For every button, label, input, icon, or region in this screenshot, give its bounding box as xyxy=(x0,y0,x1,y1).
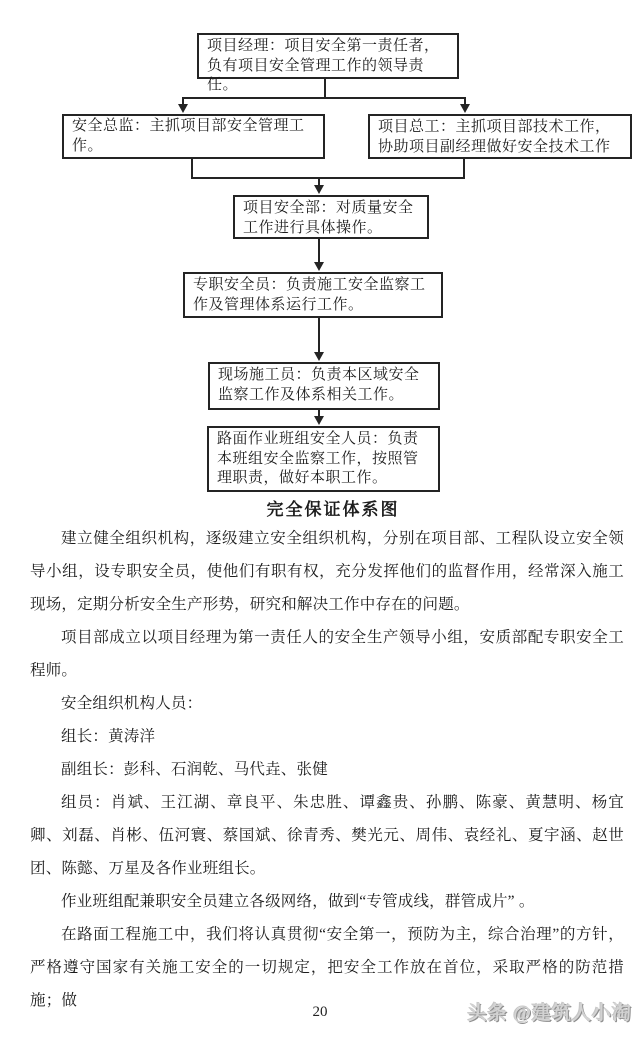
arrow-down-icon xyxy=(314,352,324,361)
document-page: 项目经理：项目安全第一责任者，负有项目安全管理工作的领导责任。 安全总监：主抓项… xyxy=(0,0,640,1040)
arrow-down-icon xyxy=(314,185,324,194)
paragraph-org-members-heading: 安全组织机构人员： xyxy=(30,687,624,720)
connector-line xyxy=(318,318,320,353)
paragraph-network: 作业班组配兼职安全员建立各级网络，做到“专管成线，群管成片” 。 xyxy=(30,885,624,918)
flowchart-box-project-manager: 项目经理：项目安全第一责任者，负有项目安全管理工作的领导责任。 xyxy=(197,33,459,79)
paragraph-establish-org: 建立健全组织机构，逐级建立安全组织机构，分别在项目部、工程队设立安全领导小组，设… xyxy=(30,522,624,621)
paragraph-leading-group: 项目部成立以项目经理为第一责任人的安全生产领导小组，安质部配专职安全工程师。 xyxy=(30,621,624,687)
flowchart-box-full-time-safety-officer: 专职安全员：负责施工安全监察工作及管理体系运行工作。 xyxy=(183,272,443,318)
paragraph-group-leader: 组长：黄涛洋 xyxy=(30,720,624,753)
safety-org-flowchart: 项目经理：项目安全第一责任者，负有项目安全管理工作的领导责任。 安全总监：主抓项… xyxy=(0,0,640,520)
paragraph-deputy-leaders: 副组长：彭科、石润乾、马代垚、张健 xyxy=(30,753,624,786)
watermark: 头条 @建筑人小淘 xyxy=(468,998,632,1025)
flowchart-box-safety-department: 项目安全部：对质量安全工作进行具体操作。 xyxy=(233,195,429,239)
arrow-down-icon xyxy=(178,104,188,113)
connector-line xyxy=(324,79,326,97)
connector-line xyxy=(182,97,466,99)
arrow-down-icon xyxy=(314,416,324,425)
connector-line xyxy=(191,177,465,179)
flowchart-box-crew-safety-personnel: 路面作业班组安全人员：负责本班组安全监察工作，按照管理职责，做好本职工作。 xyxy=(207,426,440,492)
connector-line xyxy=(318,239,320,263)
paragraph-members: 组员：肖斌、王江湖、章良平、朱忠胜、谭鑫贵、孙鹏、陈豪、黄慧明、杨宜卿、刘磊、肖… xyxy=(30,786,624,885)
connector-line xyxy=(191,159,193,177)
arrow-down-icon xyxy=(460,104,470,113)
body-text: 建立健全组织机构，逐级建立安全组织机构，分别在项目部、工程队设立安全领导小组，设… xyxy=(30,522,624,1017)
connector-line xyxy=(463,159,465,177)
flowchart-box-chief-engineer: 项目总工：主抓项目部技术工作，协助项目副经理做好安全技术工作 xyxy=(368,114,632,159)
flowchart-box-site-constructor: 现场施工员：负责本区域安全监察工作及体系相关工作。 xyxy=(208,362,440,410)
flowchart-box-safety-director: 安全总监：主抓项目部安全管理工作。 xyxy=(62,114,325,159)
figure-caption: 完全保证体系图 xyxy=(0,495,640,520)
arrow-down-icon xyxy=(314,262,324,271)
